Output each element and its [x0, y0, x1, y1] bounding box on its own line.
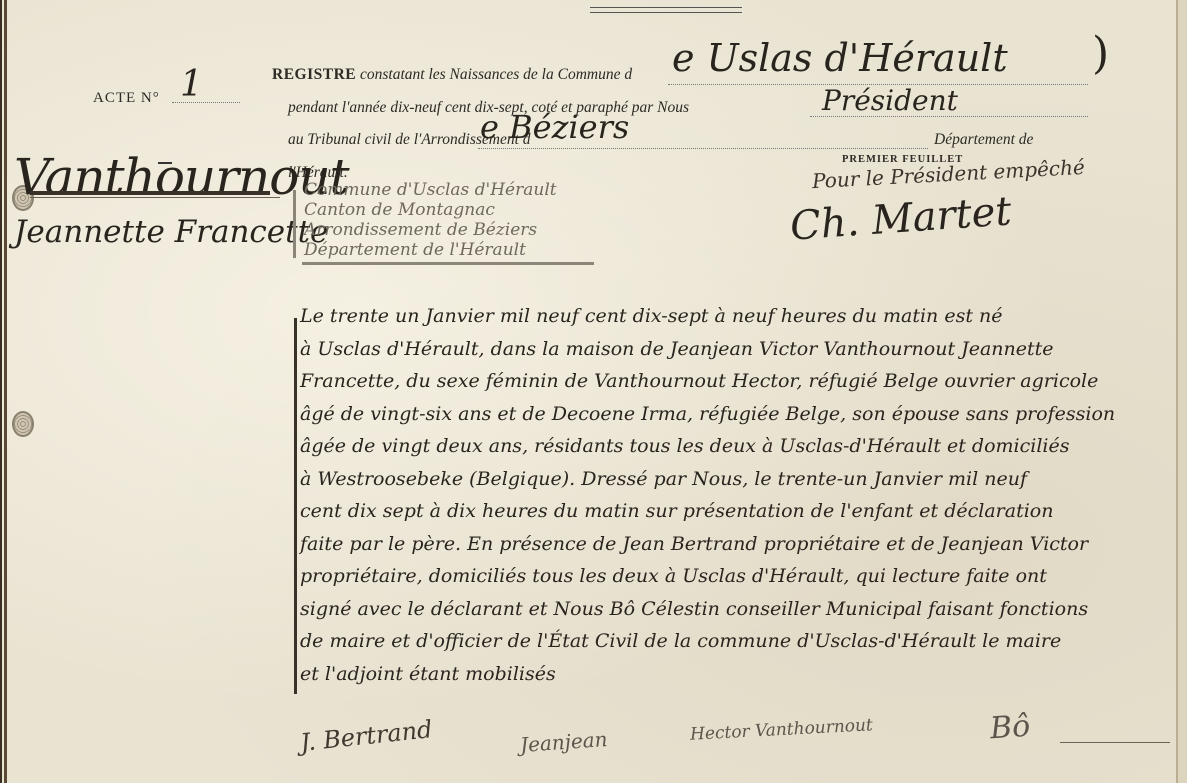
stamp-line: Département de l'Hérault	[304, 240, 557, 260]
stamp-left-bar	[293, 190, 296, 258]
act-body-line: Le trente un Janvier mil neuf cent dix-s…	[300, 300, 1115, 333]
stamp-underline	[302, 262, 594, 265]
act-body-line: âgé de vingt-six ans et de Decoene Irma,…	[300, 398, 1115, 431]
top-double-rule	[590, 7, 742, 13]
paraphe-value: Président	[822, 84, 958, 117]
register-line-1: REGISTRE constatant les Naissances de la…	[272, 66, 632, 84]
signature-hector-vanthournout: Hector Vanthournout	[690, 715, 874, 745]
register-title: REGISTRE	[272, 66, 356, 83]
signature-bo: Bô	[989, 709, 1031, 747]
signature-jeanjean: Jeanjean	[519, 727, 608, 757]
margin-given-names: Jeannette Francette	[14, 214, 328, 250]
act-body-left-bar	[294, 318, 297, 694]
president-signature: Ch. Martet	[789, 188, 1013, 249]
arrondissement-value: e Béziers	[480, 108, 629, 146]
acte-label: ACTE N°	[93, 90, 160, 107]
signature-bertrand: J. Bertrand	[299, 715, 434, 757]
binding-ring-icon	[12, 411, 34, 437]
stamp-line: Canton de Montagnac	[304, 200, 557, 220]
act-body-line: de maire et d'officier de l'État Civil d…	[300, 625, 1115, 658]
stamp-line: Arrondissement de Béziers	[304, 220, 557, 240]
location-stamp: Commune d'Usclas d'Hérault Canton de Mon…	[304, 180, 557, 260]
signature-flourish	[1060, 742, 1170, 743]
act-body-line: âgée de vingt deux ans, résidants tous l…	[300, 430, 1115, 463]
binding-stitch-line	[4, 0, 7, 783]
act-body: Le trente un Janvier mil neuf cent dix-s…	[300, 300, 1115, 690]
act-body-line: à Usclas d'Hérault, dans la maison de Je…	[300, 333, 1115, 366]
act-body-line: signé avec le déclarant et Nous Bô Céles…	[300, 593, 1115, 626]
margin-underline	[30, 191, 270, 195]
acte-number: 1	[180, 64, 203, 105]
act-body-line: propriétaire, domiciliés tous les deux à…	[300, 560, 1115, 593]
register-line-1-text: constatant les Naissances de la Commune …	[360, 66, 632, 83]
act-body-line: à Westroosebeke (Belgique). Dressé par N…	[300, 463, 1115, 496]
act-body-line: cent dix sept à dix heures du matin sur …	[300, 495, 1115, 528]
binding-edge	[0, 0, 2, 783]
commune-value: e Uslas d'Hérault	[672, 36, 1008, 80]
arrondissement-field-line	[478, 148, 928, 149]
act-body-line: faite par le père. En présence de Jean B…	[300, 528, 1115, 561]
closing-paren: )	[1092, 28, 1109, 79]
departement-label: Département de	[934, 131, 1033, 149]
act-body-line: et l'adjoint étant mobilisés	[300, 658, 1115, 691]
act-body-line: Francette, du sexe féminin de Vanthourno…	[300, 365, 1115, 398]
next-page-strip	[1178, 0, 1187, 783]
stamp-line: Commune d'Usclas d'Hérault	[304, 180, 557, 200]
